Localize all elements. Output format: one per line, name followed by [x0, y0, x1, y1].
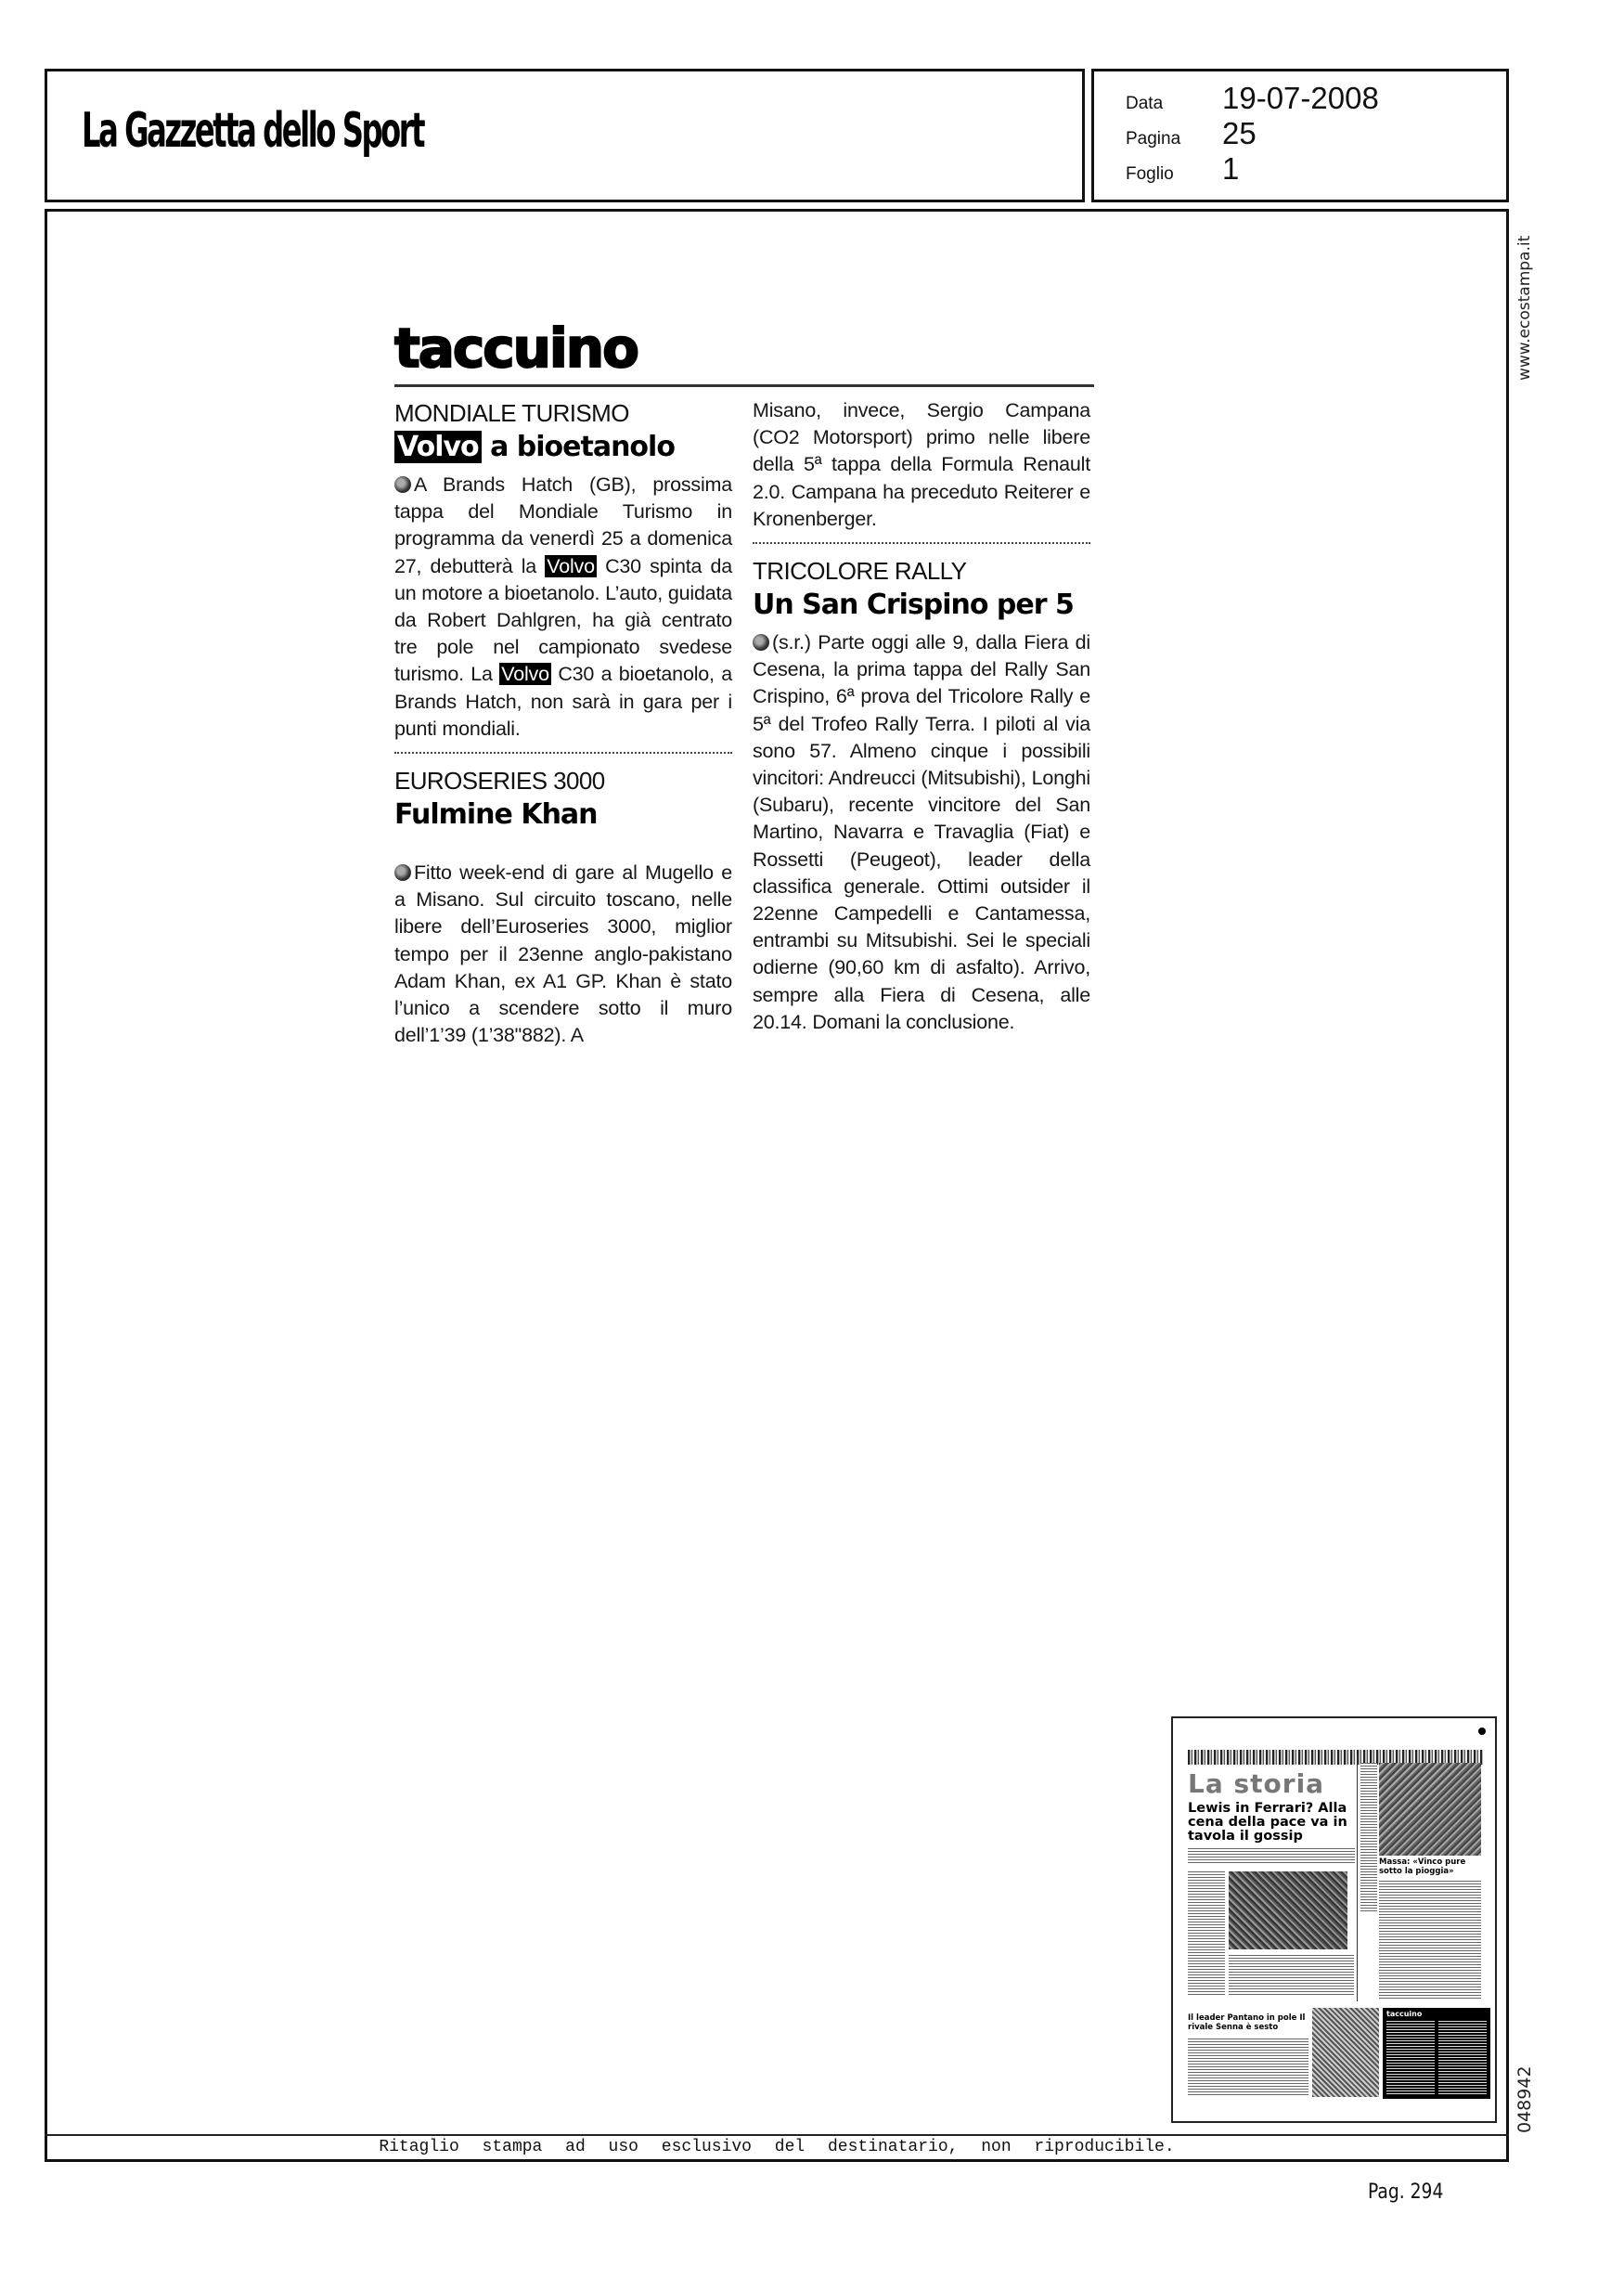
- gazzetta-bullet-icon: [394, 864, 411, 881]
- thumbnail-section-label: La storia: [1188, 1768, 1324, 1799]
- thumbnail-text-block: [1379, 1881, 1481, 2000]
- thumbnail-photo: [1379, 1763, 1481, 1856]
- meta-row-date: Data 19-07-2008: [1126, 83, 1379, 114]
- article-mondiale-turismo: MONDIALE TURISMO Volvo a bioetanolo A Br…: [394, 397, 732, 743]
- thumbnail-photo: [1229, 1871, 1347, 1949]
- header-meta-box: Data 19-07-2008 Pagina 25 Foglio 1: [1091, 69, 1509, 202]
- article-body: (s.r.) Parte oggi alle 9, dalla Fiera di…: [753, 629, 1090, 1036]
- meta-label: Pagina: [1126, 129, 1222, 149]
- meta-row-sheet: Foglio 1: [1126, 153, 1239, 185]
- section-title: taccuino: [394, 321, 638, 375]
- column-1: MONDIALE TURISMO Volvo a bioetanolo A Br…: [394, 397, 732, 1049]
- meta-value-date: 19-07-2008: [1222, 83, 1379, 113]
- thumbnail-column-rule: [1357, 1755, 1358, 2001]
- header-publication-box: La Gazzetta dello Sport: [45, 69, 1085, 202]
- article-kicker: TRICOLORE RALLY: [753, 555, 1090, 587]
- spacer: [394, 839, 732, 860]
- publication-logo: La Gazzetta dello Sport: [82, 103, 423, 159]
- meta-value-sheet: 1: [1222, 153, 1239, 184]
- thumbnail-text-block: [1188, 2039, 1308, 2096]
- thumbnail-text-block: [1229, 1955, 1354, 1997]
- thumbnail-headline: Lewis in Ferrari? Alla cena della pace v…: [1188, 1802, 1355, 1844]
- gazzetta-bullet-icon: [753, 634, 769, 651]
- thumbnail-text-block: [1188, 1871, 1225, 1997]
- thumbnail-secondary-headline: Massa: «Vinco pure sotto la pioggia»: [1379, 1857, 1481, 1876]
- article-body-continued: Misano, invece, Sergio Campana (CO2 Moto…: [753, 397, 1090, 533]
- body-text: (s.r.) Parte oggi alle 9, dalla Fiera di…: [753, 631, 1090, 1033]
- thumbnail-text-block: [1438, 2021, 1487, 2095]
- article-kicker: EUROSERIES 3000: [394, 765, 732, 796]
- ecostampa-url: www.ecostampa.it: [1515, 236, 1534, 381]
- article-separator: [394, 752, 732, 754]
- brand-highlight: Volvo: [499, 663, 551, 685]
- side-code: 048942: [1514, 2076, 1533, 2133]
- body-text: Fitto week-end di gare al Mugello e a Mi…: [394, 861, 732, 1046]
- clipping-code: 048942: [1514, 2065, 1535, 2133]
- section-rule: [394, 384, 1094, 387]
- column-2: Misano, invece, Sergio Campana (CO2 Moto…: [753, 397, 1090, 1036]
- article-euroseries: EUROSERIES 3000 Fulmine Khan Fitto week-…: [394, 765, 732, 1049]
- article-headline: Un San Crispino per 5: [753, 587, 1090, 624]
- thumbnail-photo: [1312, 2008, 1379, 2097]
- footer-notice: Ritaglio stampa ad uso esclusivo del des…: [45, 2138, 1509, 2156]
- page-number: Pag. 294: [1368, 2181, 1443, 2204]
- thumbnail-subhead-lines: [1188, 1848, 1355, 1863]
- article-headline: Volvo a bioetanolo: [394, 429, 732, 466]
- meta-label: Foglio: [1126, 164, 1222, 185]
- meta-value-page: 25: [1222, 118, 1257, 149]
- thumbnail-box-title: taccuino: [1386, 2010, 1422, 2018]
- headline-highlight: Volvo: [394, 431, 482, 463]
- article-body: Fitto week-end di gare al Mugello e a Mi…: [394, 860, 732, 1049]
- headline-rest: a bioetanolo: [482, 431, 675, 463]
- page-thumbnail: La storia Lewis in Ferrari? Alla cena de…: [1171, 1716, 1497, 2123]
- thumbnail-text-block: [1360, 1763, 1377, 1911]
- side-url: www.ecostampa.it: [1515, 215, 1534, 382]
- brand-highlight: Volvo: [545, 555, 597, 577]
- article-separator: [753, 542, 1090, 544]
- meta-label: Data: [1126, 94, 1222, 114]
- article-body: A Brands Hatch (GB), prossima tappa del …: [394, 472, 732, 743]
- thumbnail-text-block: [1386, 2021, 1435, 2095]
- article-headline: Fulmine Khan: [394, 796, 732, 834]
- gazzetta-bullet-icon: [394, 476, 411, 493]
- thumbnail-bottom-headline: Il leader Pantano in pole Il rivale Senn…: [1188, 2013, 1308, 2032]
- article-kicker: MONDIALE TURISMO: [394, 397, 732, 429]
- footer-divider: [45, 2134, 1509, 2136]
- clipping-frame: taccuino MONDIALE TURISMO Volvo a bioeta…: [45, 209, 1509, 2162]
- article-tricolore-rally: TRICOLORE RALLY Un San Crispino per 5 (s…: [753, 555, 1090, 1036]
- thumbnail-page-marker-icon: [1478, 1728, 1486, 1735]
- meta-row-page: Pagina 25: [1126, 118, 1257, 149]
- thumbnail-taccuino-box: taccuino: [1383, 2008, 1490, 2099]
